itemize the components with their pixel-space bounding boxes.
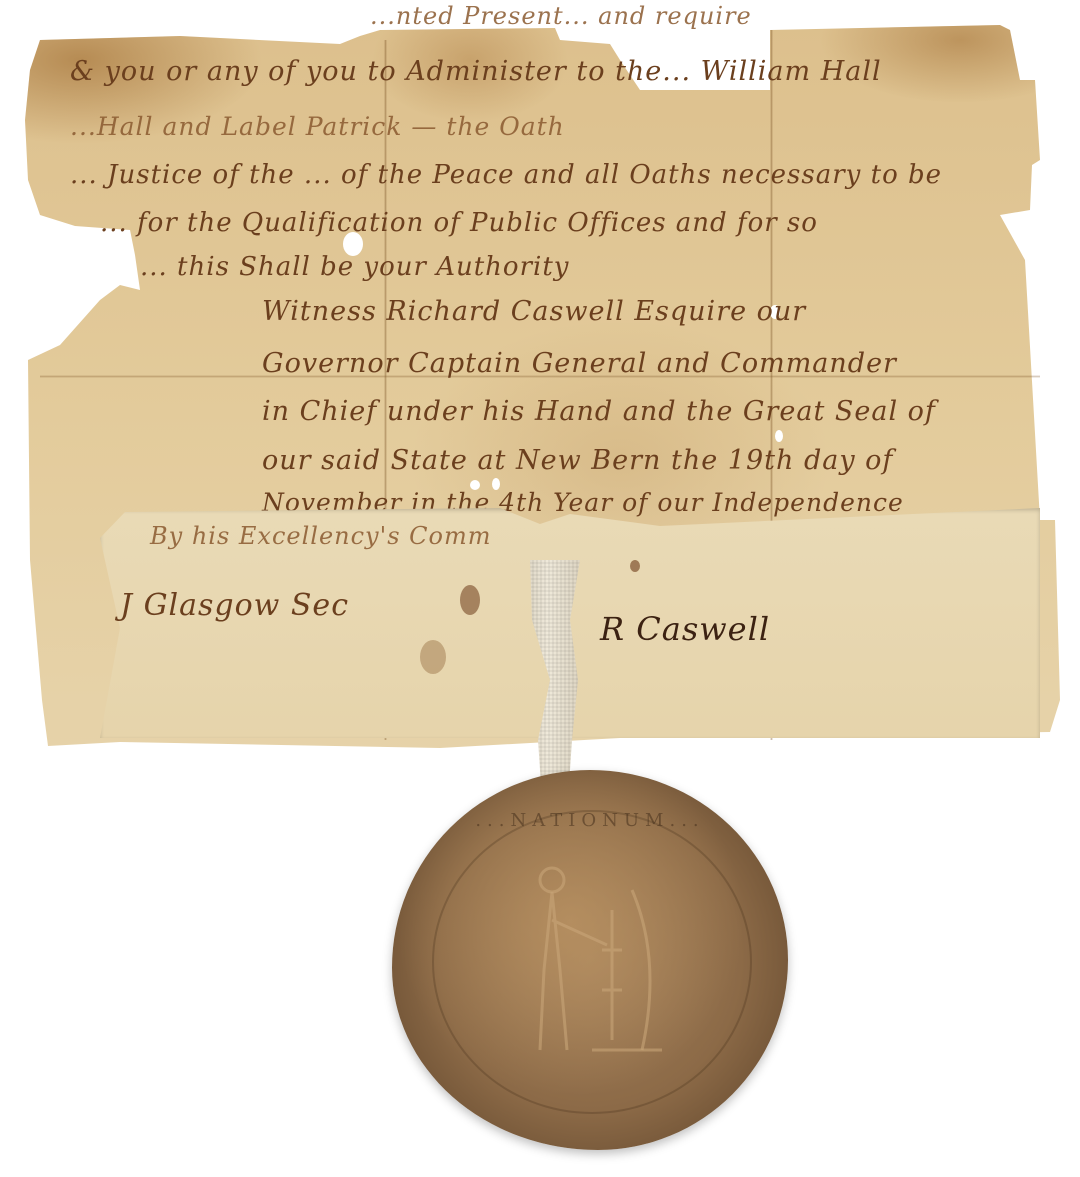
attestation-line: By his Excellency's Comm <box>150 522 491 550</box>
manuscript-line: & you or any of you to Administer to the… <box>70 56 882 87</box>
document-photo: ...nted Present... and require & you or … <box>0 0 1080 1177</box>
manuscript-line: Governor Captain General and Commander <box>262 348 897 379</box>
wax-seal: ...NATIONUM... <box>392 770 788 1150</box>
ink-stain <box>630 560 640 572</box>
manuscript-line: ...nted Present... and require <box>370 2 752 30</box>
manuscript-line: ...Hall and Label Patrick — the Oath <box>70 112 565 141</box>
manuscript-line: Witness Richard Caswell Esquire our <box>262 296 806 327</box>
ink-stain <box>420 640 446 674</box>
seal-figures-icon <box>512 850 672 1070</box>
ink-stain <box>460 585 480 615</box>
manuscript-line: ... Justice of the ... of the Peace and … <box>70 160 942 190</box>
manuscript-line: ... this Shall be your Authority <box>140 252 569 282</box>
manuscript-line: in Chief under his Hand and the Great Se… <box>262 396 936 427</box>
secretary-signature: J Glasgow Sec <box>120 588 349 623</box>
manuscript-line: ... for the Qualification of Public Offi… <box>100 208 818 238</box>
manuscript-line: our said State at New Bern the 19th day … <box>262 445 893 476</box>
paper-hole <box>775 430 783 442</box>
governor-signature: R Caswell <box>600 610 770 648</box>
seal-legend: ...NATIONUM... <box>392 810 788 831</box>
